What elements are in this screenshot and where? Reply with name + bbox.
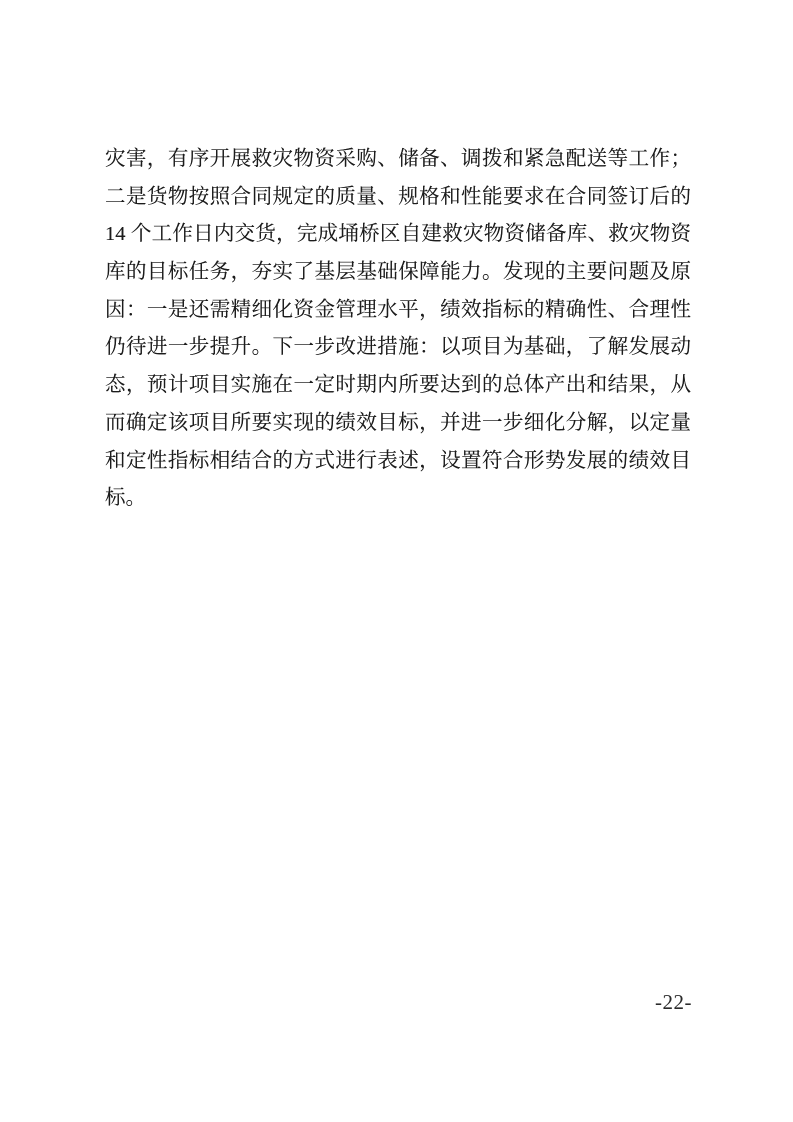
paragraph-line: 因：一是还需精细化资金管理水平，绩效指标的精确性、合理性 bbox=[105, 292, 691, 330]
paragraph-line: 态，预计项目实施在一定时期内所要达到的总体产出和结果，从 bbox=[105, 367, 691, 405]
paragraph-line: 库的目标任务，夯实了基层基础保障能力。发现的主要问题及原 bbox=[105, 254, 691, 292]
page-number: -22- bbox=[655, 991, 692, 1013]
paragraph-line: 和定性指标相结合的方式进行表述，设置符合形势发展的绩效目 bbox=[105, 443, 691, 481]
paragraph-line: 二是货物按照合同规定的质量、规格和性能要求在合同签订后的 bbox=[105, 179, 691, 217]
paragraph-line: 14 个工作日内交货，完成埇桥区自建救灾物资储备库、救灾物资 bbox=[105, 216, 691, 254]
paragraph-line: 标。 bbox=[105, 480, 691, 518]
paragraph-line: 灾害，有序开展救灾物资采购、储备、调拨和紧急配送等工作； bbox=[105, 141, 691, 179]
paragraph-line: 仍待进一步提升。下一步改进措施：以项目为基础，了解发展动 bbox=[105, 329, 691, 367]
body-paragraph: 灾害，有序开展救灾物资采购、储备、调拨和紧急配送等工作；二是货物按照合同规定的质… bbox=[105, 141, 691, 518]
document-page: 灾害，有序开展救灾物资采购、储备、调拨和紧急配送等工作；二是货物按照合同规定的质… bbox=[0, 0, 793, 1122]
paragraph-line: 而确定该项目所要实现的绩效目标，并进一步细化分解，以定量 bbox=[105, 405, 691, 443]
